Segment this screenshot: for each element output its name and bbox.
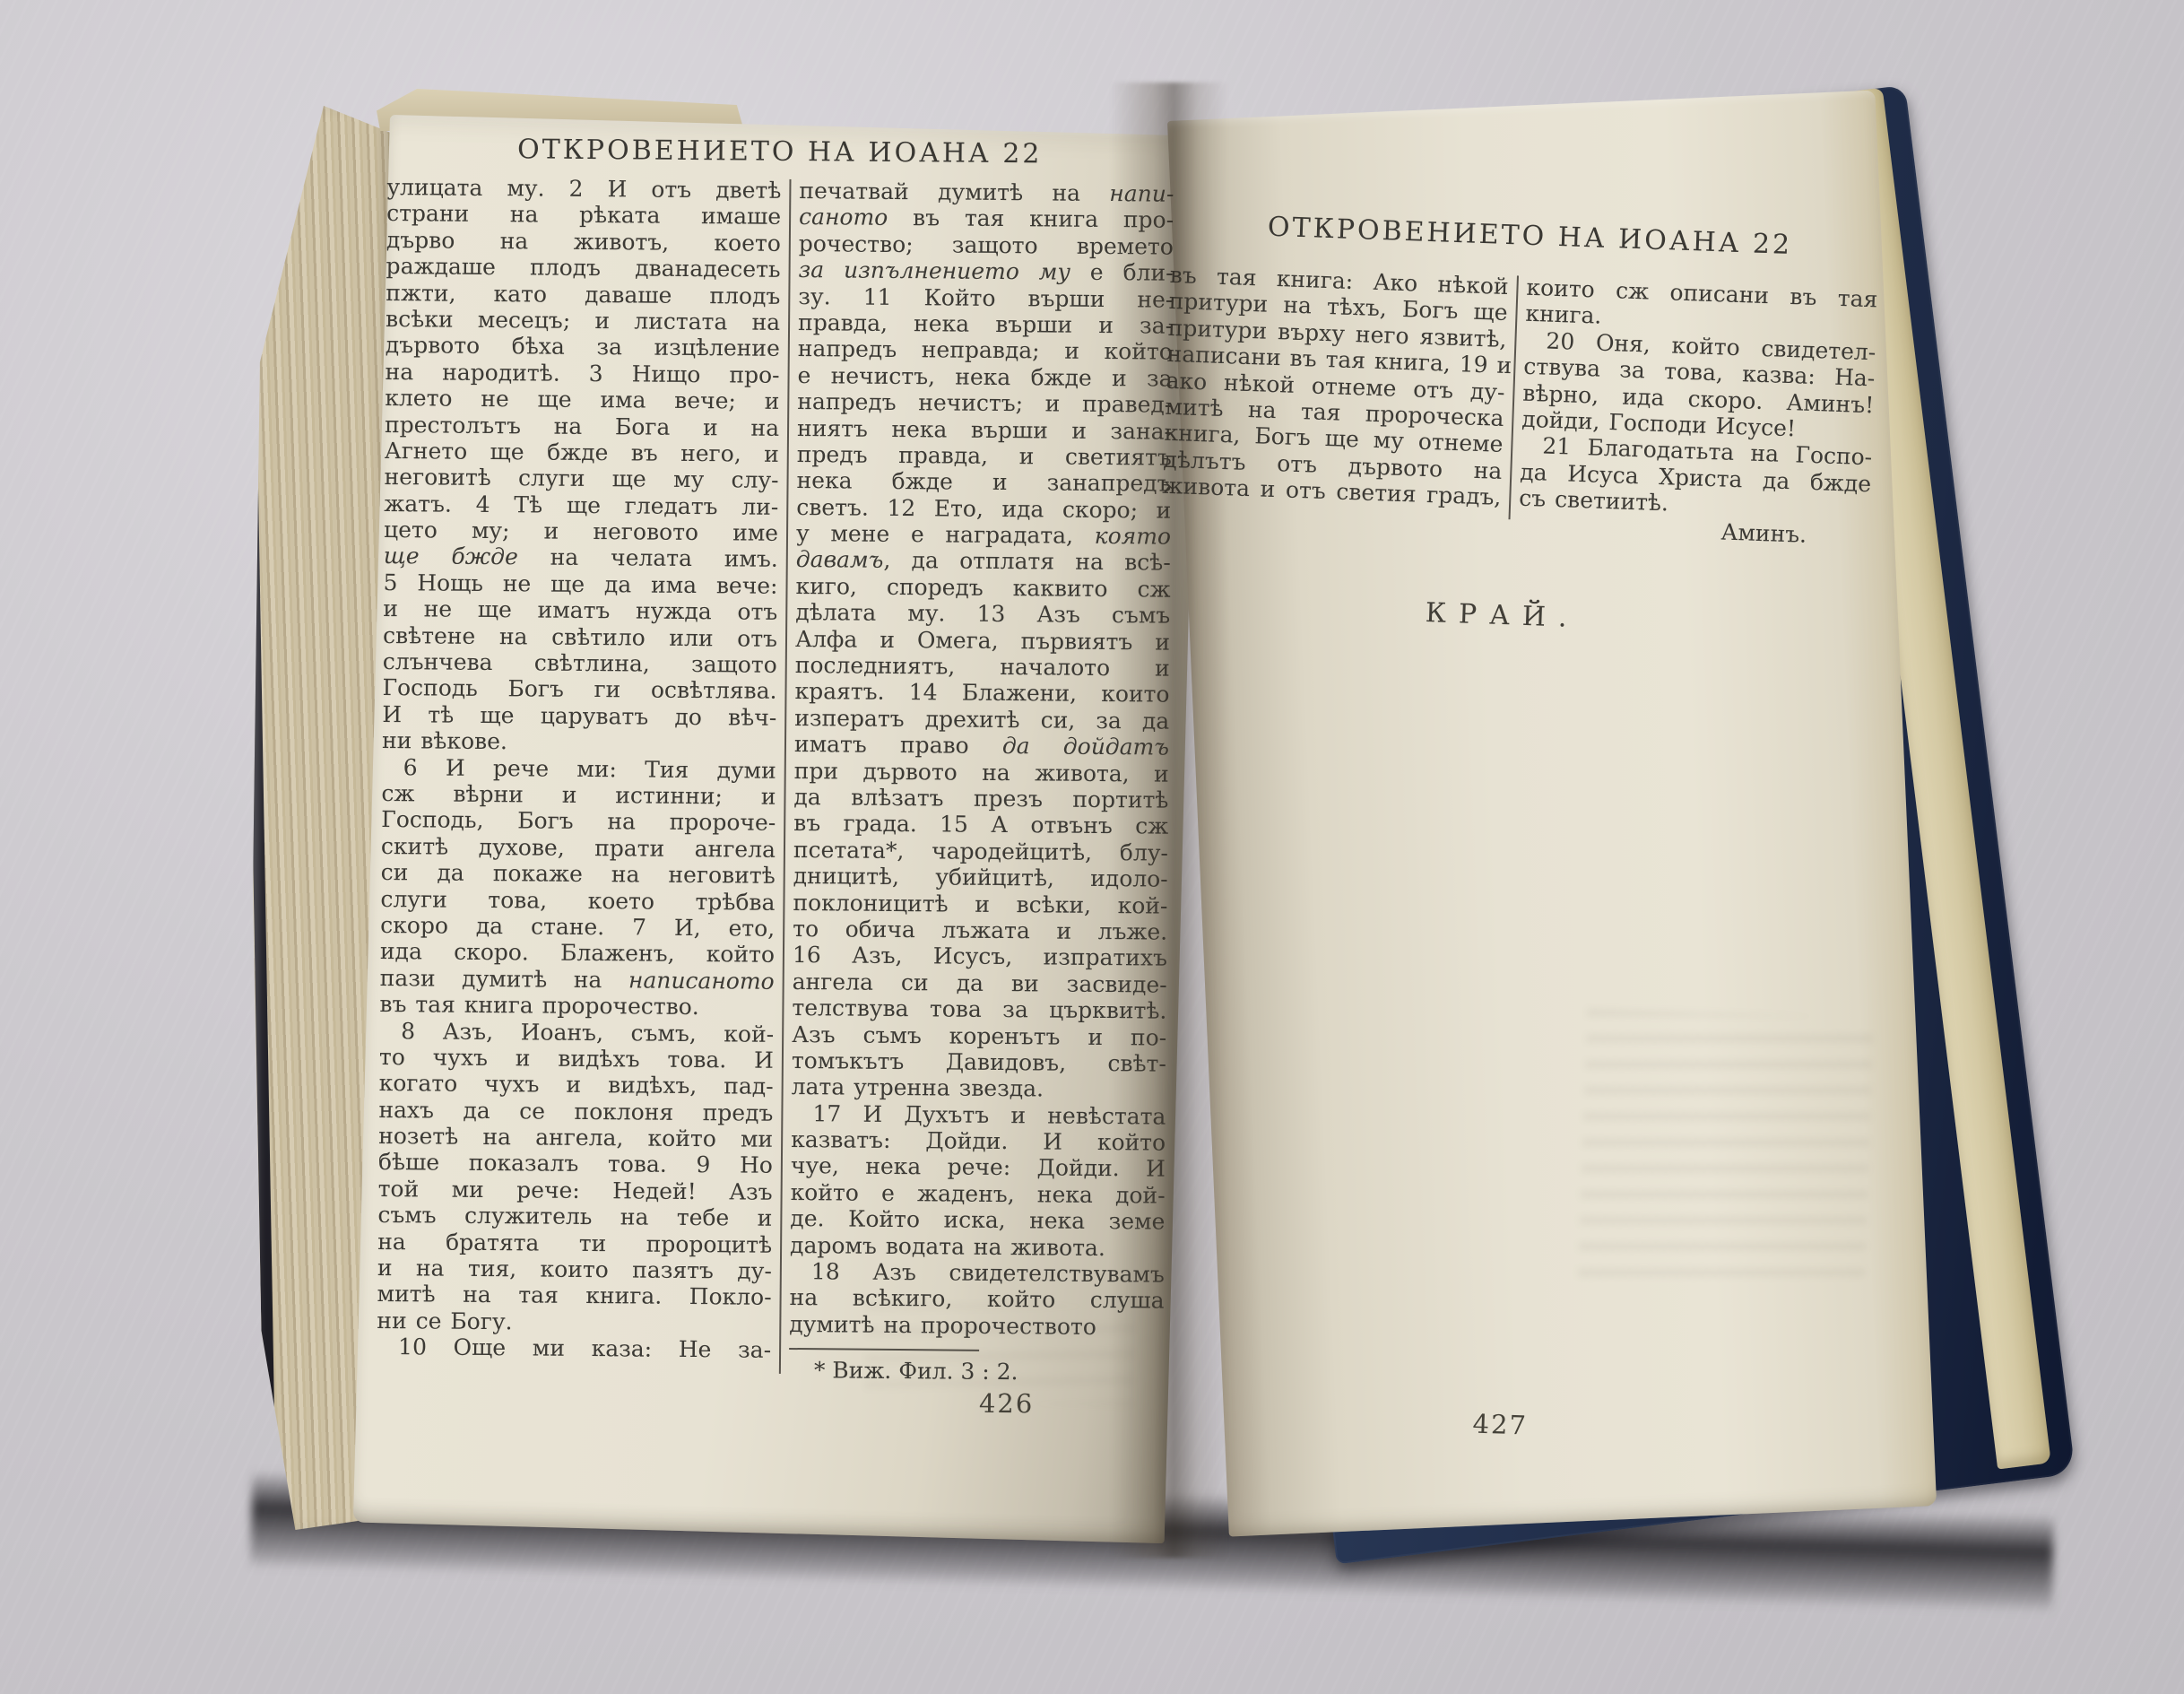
photo-open-bible: ОТКРОВЕНИЕТО НА ИОАНА 22 улицата му. 2 И… bbox=[0, 0, 2184, 1694]
text-line: у мене е наградата, която bbox=[796, 520, 1171, 550]
text-line: де. Който иска, нека земе bbox=[790, 1205, 1165, 1235]
text-line: последниятъ, началото и bbox=[795, 652, 1170, 682]
left-column-2-lines: печатвай думитѣ на напи-саното въ тая кн… bbox=[789, 178, 1174, 1341]
text-line: иматъ право да дойдатъ bbox=[794, 731, 1169, 760]
text-line: киго, споредъ каквито сж bbox=[795, 573, 1170, 603]
text-line: при дървото на живота, и bbox=[794, 758, 1169, 787]
text-line: телствува това за църквитѣ. bbox=[792, 995, 1166, 1024]
text-line: правда, нека върши и за- bbox=[798, 309, 1173, 339]
show-through-ghost-left bbox=[864, 1302, 1135, 1405]
text-line: 6 И рече ми: Тия думи bbox=[382, 754, 776, 784]
text-line: 10 Още ми каза: Не за- bbox=[377, 1333, 771, 1363]
text-line: е нечистъ, нека бжде и за bbox=[797, 362, 1172, 392]
show-through-ghost-right bbox=[1578, 1009, 1874, 1288]
text-line: ида скоро. Блаженъ, който bbox=[380, 938, 775, 968]
text-line: дърво на животъ, което bbox=[386, 227, 781, 256]
text-line: въ града. 15 А отвънъ сж bbox=[793, 810, 1168, 839]
text-line: изператъ дрехитѣ си, за да bbox=[794, 705, 1169, 734]
text-line: жатъ. 4 Тѣ ще гледатъ ли- bbox=[384, 491, 778, 520]
text-line: скоро да стане. 7 И, ето, bbox=[380, 912, 775, 942]
text-line: то обича лъжата и лъже. bbox=[793, 916, 1167, 945]
text-line: Алфа и Омега, първиятъ и bbox=[795, 626, 1170, 656]
text-line: даромъ водата на живота. bbox=[790, 1232, 1165, 1262]
text-line: клето не ще има вече; и bbox=[385, 385, 779, 414]
text-line: Агнето ще бжде въ него, и bbox=[385, 438, 779, 467]
text-line: улицата му. 2 И отъ дветѣ bbox=[386, 174, 781, 204]
text-line: Господь Богъ ги освѣтлява. bbox=[382, 674, 776, 704]
text-line: давамъ, да отплатя на всѣ- bbox=[796, 546, 1171, 576]
text-line: напредъ неправда; и който bbox=[798, 335, 1173, 365]
text-line: ниятъ нека върши и зана- bbox=[797, 415, 1172, 445]
text-line: нахъ да се поклоня предъ bbox=[378, 1097, 773, 1126]
text-line: бѣше показалъ това. 9 Но bbox=[378, 1149, 773, 1178]
text-line: той ми рече: Недей! Азъ bbox=[378, 1176, 773, 1205]
text-line: ни се Богу. bbox=[377, 1307, 771, 1337]
left-page-columns: улицата му. 2 И отъ дветѣстрани на рѣкат… bbox=[377, 174, 1174, 1387]
column-divider-left-page bbox=[779, 179, 792, 1374]
text-line: 16 Азъ, Исусъ, изпратихъ bbox=[793, 942, 1167, 971]
text-line: който е жаденъ, нека дой- bbox=[791, 1179, 1166, 1209]
text-line: нека бжде и занапредъ bbox=[796, 467, 1171, 497]
text-line: ще бжде на челата имъ. bbox=[384, 543, 778, 572]
right-column-2: които сж описани въ таякнига.20 Оня, кой… bbox=[1518, 274, 1878, 550]
text-line: 18 Азъ свидетелствувамъ bbox=[790, 1258, 1165, 1288]
end-label: КРАЙ. bbox=[1425, 597, 1580, 634]
text-line: томъкътъ Давидовъ, свѣт- bbox=[792, 1047, 1166, 1077]
text-line: нозетѣ на ангела, който ми bbox=[378, 1123, 773, 1152]
text-line: печатвай думитѣ на напи- bbox=[799, 178, 1174, 207]
text-line: И тѣ ще царуватъ до вѣч- bbox=[382, 701, 776, 731]
text-line: краятъ. 14 Блажени, които bbox=[794, 678, 1169, 708]
text-line: светъ. 12 Ето, ида скоро; и bbox=[796, 494, 1171, 524]
column-divider-right-page bbox=[1509, 275, 1519, 519]
text-line: сж вѣрни и истинни; и bbox=[381, 780, 776, 810]
text-line: пжти, като даваше плодъ bbox=[386, 280, 780, 309]
left-column-2: печатвай думитѣ на напи-саното въ тая кн… bbox=[789, 178, 1174, 1387]
text-line: казватъ: Дойди. И който bbox=[791, 1126, 1166, 1156]
text-line: предъ правда, и светиятъ bbox=[797, 441, 1172, 471]
running-head-right: ОТКРОВЕНИЕТО НА ИОАНА 22 bbox=[1171, 208, 1889, 265]
text-line: когато чухъ и видѣхъ, пад- bbox=[379, 1070, 774, 1099]
page-number-right: 427 bbox=[1460, 1408, 1541, 1441]
right-page-columns: въ тая книга: Ако нѣкойпритури на тѣхъ, … bbox=[1161, 262, 1878, 550]
text-line: раждаше плодъ дванадесеть bbox=[386, 253, 781, 282]
text-line: и не ще иматъ нужда отъ bbox=[383, 595, 777, 625]
text-line: дницитѣ, убийцитѣ, идоло- bbox=[793, 863, 1168, 892]
text-line: Господь, Богъ на пророче- bbox=[381, 806, 776, 836]
text-line: ангела си да ви засвиде- bbox=[793, 969, 1167, 998]
text-line: слънчева свѣтлина, защото bbox=[383, 648, 777, 678]
text-line: и на тия, които пазятъ ду- bbox=[377, 1255, 772, 1284]
text-line: Азъ съмъ коренътъ и по- bbox=[792, 1021, 1166, 1050]
right-column-1: въ тая книга: Ако нѣкойпритури на тѣхъ, … bbox=[1162, 262, 1509, 511]
right-page-content: ОТКРОВЕНИЕТО НА ИОАНА 22 въ тая книга: А… bbox=[1126, 90, 1893, 1549]
text-line: рочество; защото времето bbox=[799, 230, 1174, 260]
text-line: пази думитѣ на написаното bbox=[380, 965, 775, 995]
text-line: лата утренна звезда. bbox=[792, 1073, 1166, 1103]
text-line: да влѣзатъ презъ портитѣ bbox=[793, 784, 1168, 813]
text-line: цето му; и неговото име bbox=[384, 517, 778, 546]
text-line: чуе, нека рече: Дойди. И bbox=[791, 1152, 1166, 1182]
text-line: престолътъ на Бога и на bbox=[385, 412, 779, 441]
running-head-left: ОТКРОВЕНИЕТО НА ИОАНА 22 bbox=[386, 133, 1174, 171]
text-line: зу. 11 Който върши не- bbox=[798, 283, 1173, 313]
text-line: страни на рѣката имаше bbox=[386, 200, 781, 230]
text-line: на братята ти пророцитѣ bbox=[377, 1229, 772, 1258]
text-line: поклоницитѣ и всѣки, кой- bbox=[793, 890, 1167, 919]
text-line: псетата*, чародейцитѣ, блу- bbox=[793, 837, 1168, 866]
text-line: скитѣ духове, прати ангела bbox=[381, 833, 776, 863]
text-line: слуги това, което трѣбва bbox=[380, 886, 775, 916]
text-line: то чухъ и видѣхъ това. И bbox=[379, 1044, 774, 1073]
text-line: за изпълнението му е бли- bbox=[798, 256, 1173, 286]
text-line: 8 Азъ, Иоанъ, съмъ, кой- bbox=[379, 1017, 774, 1047]
text-line: ни вѣкове. bbox=[382, 727, 776, 757]
text-line: си да покаже на неговитѣ bbox=[381, 859, 776, 889]
left-column-1: улицата му. 2 И отъ дветѣстрани на рѣкат… bbox=[377, 174, 782, 1363]
text-line: на народитѣ. 3 Нищо про- bbox=[385, 359, 779, 388]
text-line: митѣ на тая книга. Покло- bbox=[377, 1281, 772, 1310]
text-line: съмъ служитель на тебе и bbox=[377, 1202, 772, 1231]
text-line: свѣтене на свѣтило или отъ bbox=[383, 622, 777, 652]
text-line: напредъ нечистъ; и правед- bbox=[797, 388, 1172, 418]
text-line: неговитѣ слуги ще му слу- bbox=[384, 464, 778, 493]
text-line: 5 Нощь не ще да има вече: bbox=[383, 569, 777, 599]
text-line: саното въ тая книга про- bbox=[799, 204, 1174, 233]
text-line: въ тая книга пророчество. bbox=[379, 991, 774, 1021]
text-line: дѣлата му. 13 Азъ съмъ bbox=[795, 599, 1170, 629]
text-line: всѣки месецъ; и листата на bbox=[386, 306, 780, 335]
text-line: 17 И Духътъ и невѣстата bbox=[791, 1100, 1166, 1130]
text-line: дървото бѣха за изцѣление bbox=[386, 332, 780, 361]
